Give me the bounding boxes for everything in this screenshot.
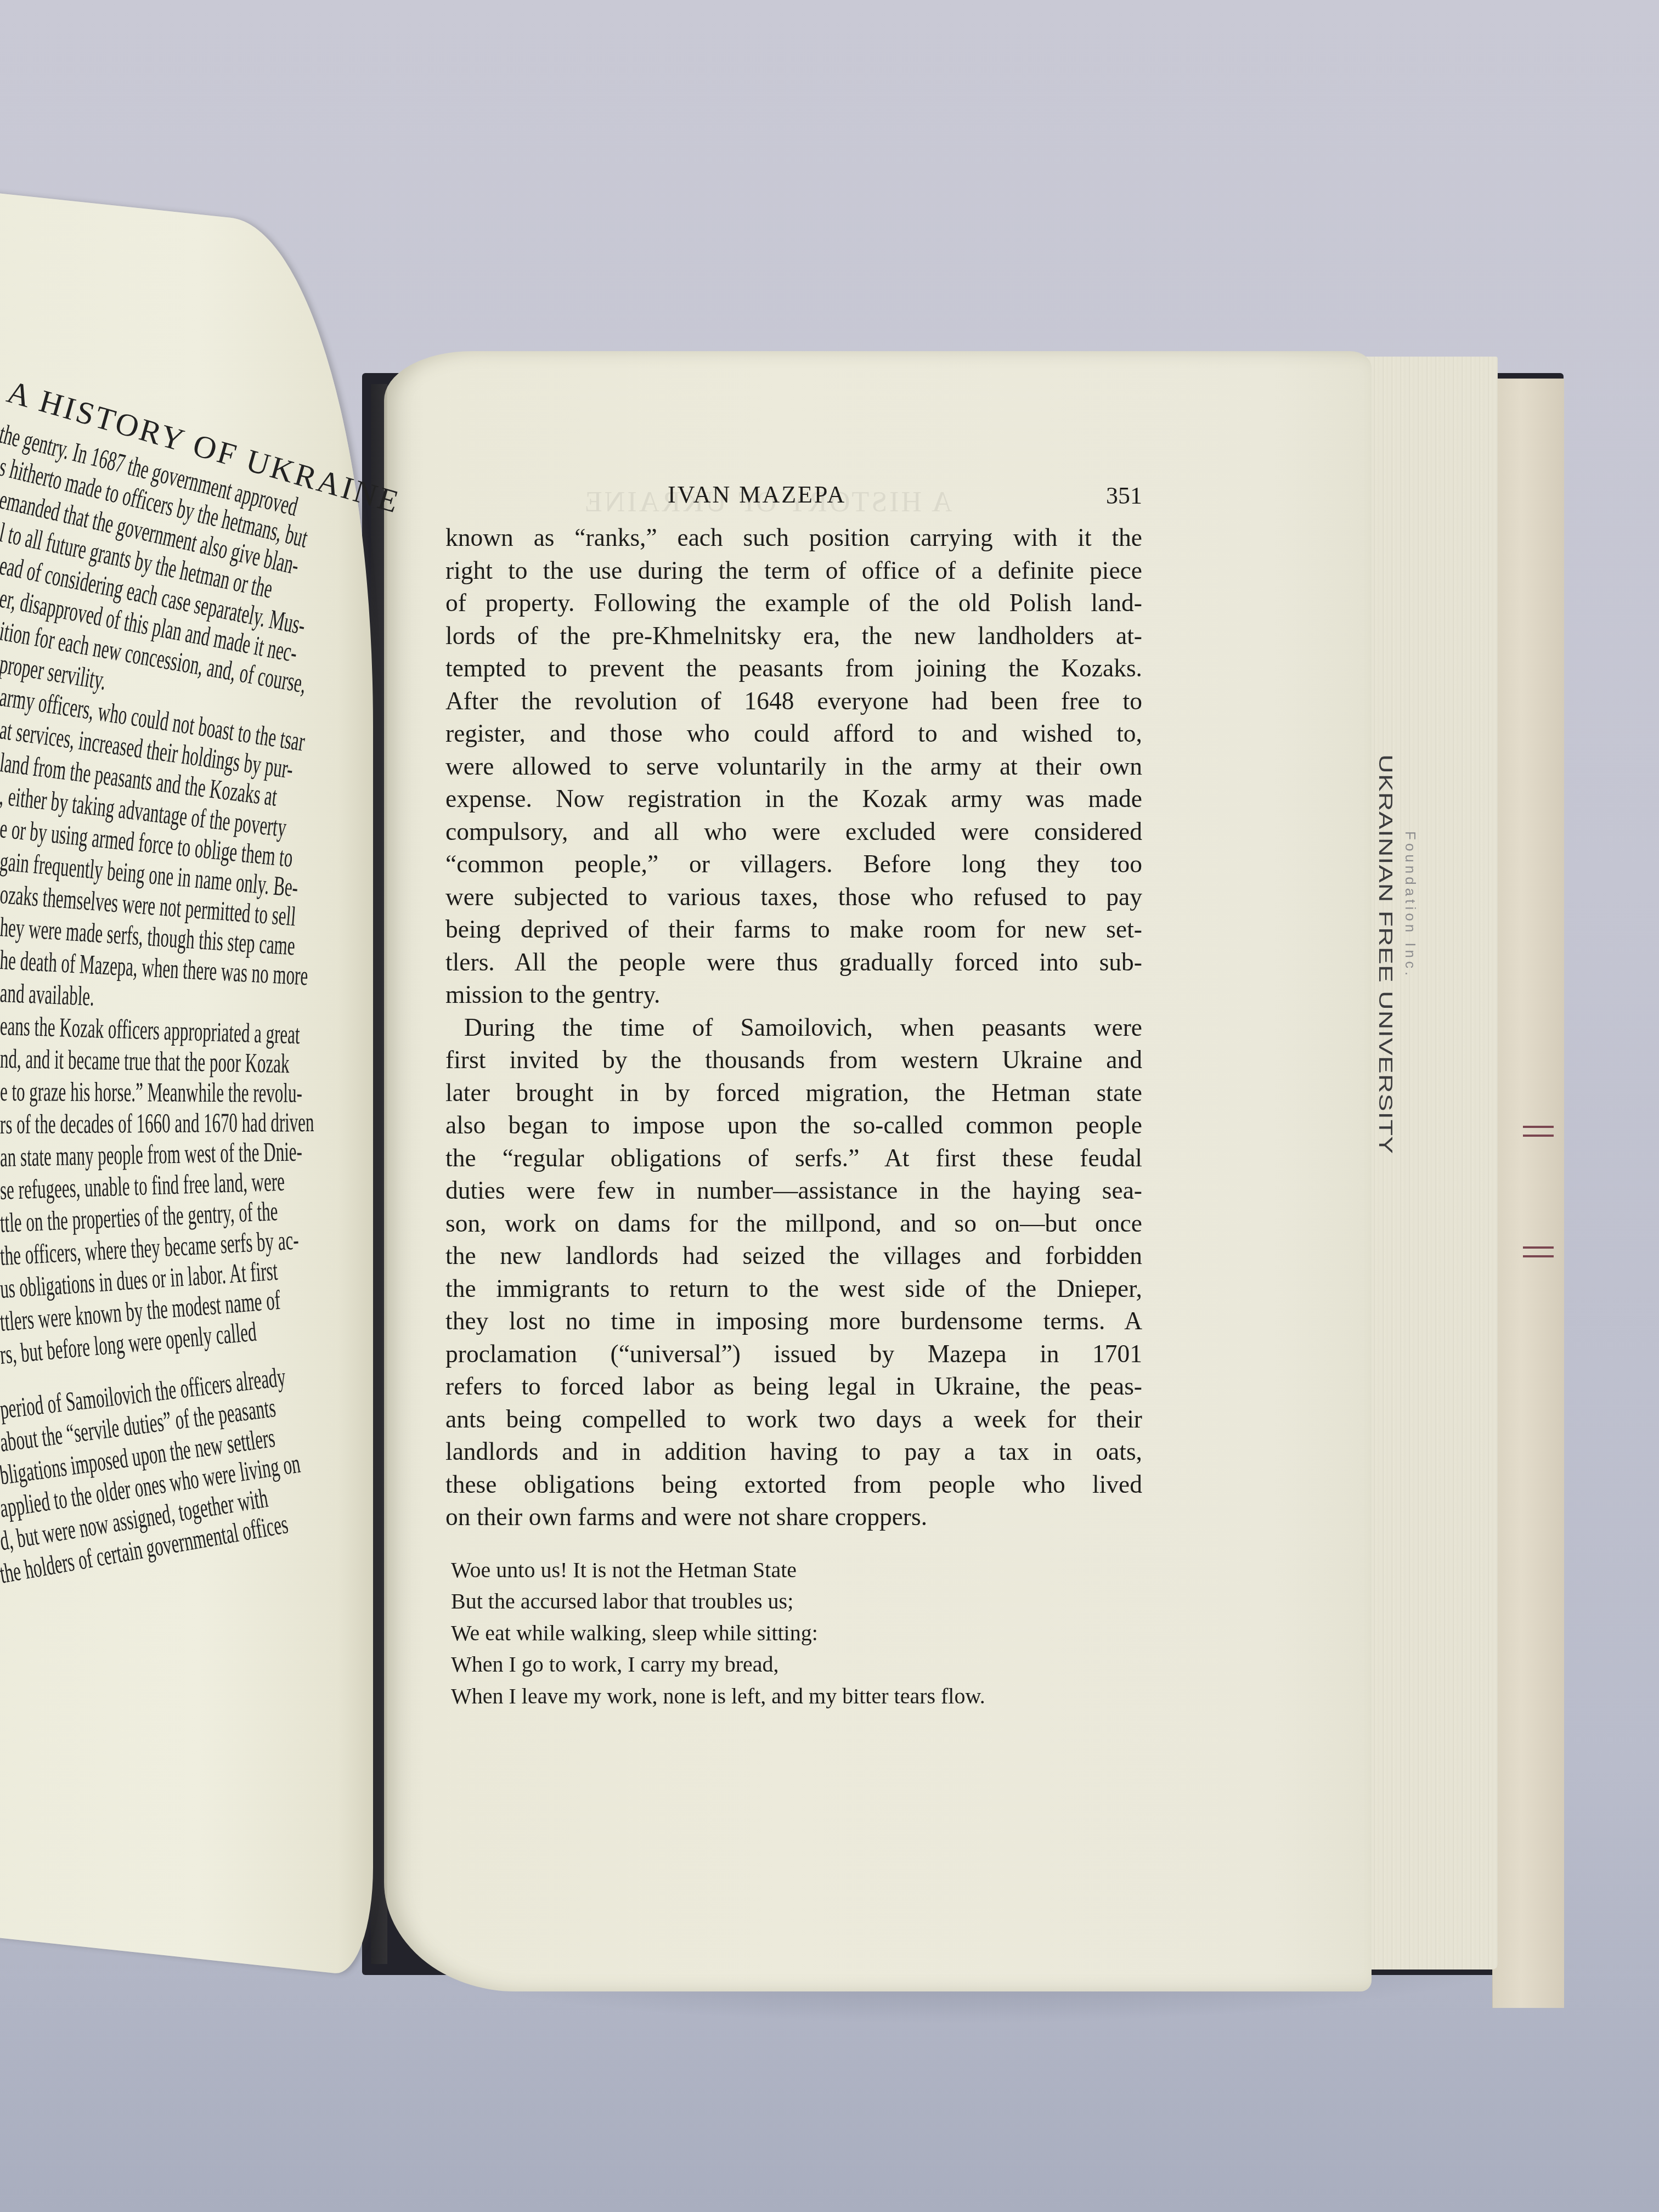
text-line: of property. Following the example of th… <box>445 586 1142 619</box>
page-number: 351 <box>1106 482 1142 510</box>
text-line: expense. Now registration in the Kozak a… <box>445 782 1142 815</box>
text-line: lords of the pre-Khmelnitsky era, the ne… <box>445 619 1142 652</box>
text-line: During the time of Samoilovich, when pea… <box>445 1011 1142 1044</box>
verse-line: Woe unto us! It is not the Hetman State <box>451 1554 1142 1586</box>
stamp-text: UKRAINIAN FREE UNIVERSITY <box>1374 754 1396 1154</box>
text-line: known as “ranks,” each such position car… <box>445 521 1142 554</box>
text-line: being deprived of their farms to make ro… <box>445 913 1142 946</box>
stamp-subtext: Foundation Inc. <box>1402 831 1419 979</box>
text-line: tempted to prevent the peasants from joi… <box>445 652 1142 685</box>
text-line: landlords and in addition having to pay … <box>445 1435 1142 1468</box>
right-page-content: A HISTORY OF UKRAINE IVAN MAZEPA 351 kno… <box>445 472 1142 1712</box>
text-line: the “regular obligations of serfs.” At f… <box>445 1142 1142 1175</box>
text-line: After the revolution of 1648 everyone ha… <box>445 685 1142 718</box>
chapter-title: IVAN MAZEPA <box>668 481 846 509</box>
library-stamp: UKRAINIAN FREE UNIVERSITY Foundation Inc… <box>1374 754 1418 1116</box>
text-line: proclamation (“universal”) issued by Maz… <box>445 1338 1142 1370</box>
text-line: son, work on dams for the millpond, and … <box>445 1207 1142 1240</box>
paragraph-2: During the time of Samoilovich, when pea… <box>445 1011 1142 1533</box>
text-line: and available. <box>0 977 95 1012</box>
edge-mark-lower <box>1523 1246 1554 1257</box>
text-line: they lost no time in imposing more burde… <box>445 1305 1142 1338</box>
text-line: mission to the gentry. <box>445 978 1142 1011</box>
text-line: also began to impose upon the so-called … <box>445 1109 1142 1142</box>
left-page-content: A HISTORY OF UKRAINE the gentry. In 1687… <box>0 0 384 1865</box>
text-line: nd, and it became true that the poor Koz… <box>0 1042 290 1079</box>
text-line: were allowed to serve voluntarily in the… <box>445 750 1142 783</box>
text-line: first invited by the thousands from west… <box>445 1043 1142 1076</box>
text-line: the new landlords had seized the village… <box>445 1239 1142 1272</box>
text-line: refers to forced labor as being legal in… <box>445 1370 1142 1403</box>
verse-line: But the accursed labor that troubles us; <box>451 1585 1142 1617</box>
text-line: rs of the decades of 1660 and 1670 had d… <box>0 1106 314 1140</box>
text-line: e to graze his horse.” Meanwhile the rev… <box>0 1075 302 1109</box>
text-line: right to the use during the term of offi… <box>445 554 1142 587</box>
text-line: the immigrants to return to the west sid… <box>445 1272 1142 1305</box>
running-head: A HISTORY OF UKRAINE IVAN MAZEPA 351 <box>445 472 1142 521</box>
text-line: on their own farms and were not share cr… <box>445 1500 1142 1533</box>
text-line: ants being compelled to work two days a … <box>445 1403 1142 1436</box>
verse-line: When I go to work, I carry my bread, <box>451 1649 1142 1680</box>
text-line: were subjected to various taxes, those w… <box>445 881 1142 913</box>
verse-line: We eat while walking, sleep while sittin… <box>451 1617 1142 1649</box>
text-line: later brought in by forced migration, th… <box>445 1076 1142 1109</box>
book-board-edge <box>1492 379 1564 2008</box>
paragraph-1: known as “ranks,” each such position car… <box>445 521 1142 1011</box>
text-line: these obligations being extorted from pe… <box>445 1468 1142 1501</box>
text-line: register, and those who could afford to … <box>445 717 1142 750</box>
text-line: duties were few in number—assistance in … <box>445 1174 1142 1207</box>
text-line: compulsory, and all who were excluded we… <box>445 815 1142 848</box>
text-line: “common people,” or villagers. Before lo… <box>445 848 1142 881</box>
text-line: tlers. All the people were thus graduall… <box>445 946 1142 979</box>
verse-line: When I leave my work, none is left, and … <box>451 1680 1142 1712</box>
edge-mark-upper <box>1523 1126 1554 1137</box>
verse-quotation: Woe unto us! It is not the Hetman StateB… <box>445 1554 1142 1712</box>
